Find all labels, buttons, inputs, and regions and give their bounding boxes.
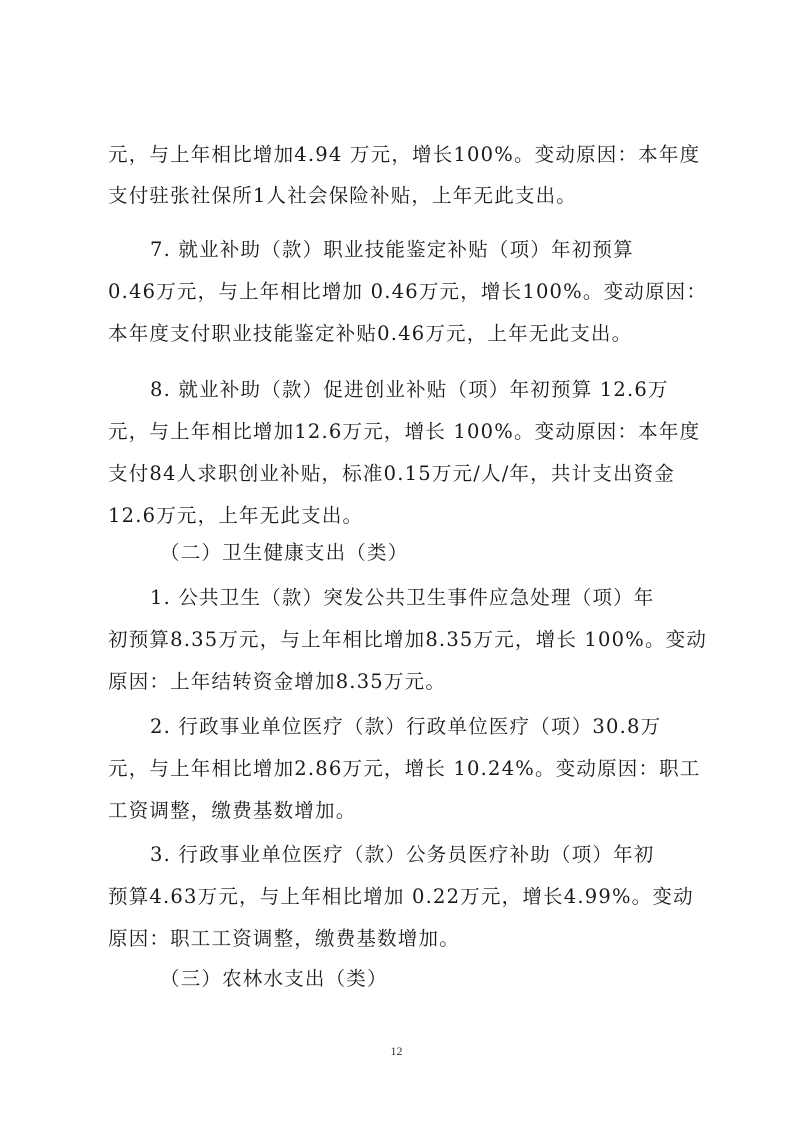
health-item-2-paragraph-start: 2. 行政事业单位医疗（款）行政单位医疗（项）30.8万 (150, 715, 730, 739)
text-line: 0.46万元，与上年相比增加 0.46万元，增长100%。变动原因： (108, 280, 688, 304)
health-item-3-paragraph-start: 3. 行政事业单位医疗（款）公务员医疗补助（项）年初 (150, 843, 730, 867)
text-line: 本年度支付职业技能鉴定补贴0.46万元，上年无此支出。 (108, 322, 688, 346)
item-7-paragraph-start: 7. 就业补助（款）职业技能鉴定补贴（项）年初预算 (150, 238, 730, 262)
text-line: 支付84人求职创业补贴，标准0.15万元/人/年，共计支出资金 (108, 462, 688, 486)
text-line: 12.6万元，上年无此支出。 (108, 504, 688, 528)
health-item-1-paragraph-start: 1. 公共卫生（款）突发公共卫生事件应急处理（项）年 (150, 586, 730, 610)
text-line: 元，与上年相比增加2.86万元，增长 10.24%。变动原因：职工 (108, 757, 688, 781)
text-line: 初预算8.35万元，与上年相比增加8.35万元，增长 100%。变动 (108, 628, 688, 652)
text-line: 元，与上年相比增加4.94 万元，增长100%。变动原因：本年度 (108, 143, 688, 167)
item-8-paragraph-start: 8. 就业补助（款）促进创业补贴（项）年初预算 12.6万 (150, 378, 730, 402)
text-line: 支付驻张社保所1人社会保险补贴，上年无此支出。 (108, 184, 688, 208)
text-line: 预算4.63万元，与上年相比增加 0.22万元，增长4.99%。变动 (108, 885, 688, 909)
page-number: 12 (0, 1044, 793, 1059)
text-line: 元，与上年相比增加12.6万元，增长 100%。变动原因：本年度 (108, 420, 688, 444)
section-heading-health: （二）卫生健康支出（类） (160, 541, 740, 565)
text-line: 原因：职工工资调整，缴费基数增加。 (108, 927, 688, 951)
text-line: 工资调整，缴费基数增加。 (108, 799, 688, 823)
text-line: 原因：上年结转资金增加8.35万元。 (108, 670, 688, 694)
section-heading-agriculture: （三）农林水支出（类） (160, 967, 740, 991)
